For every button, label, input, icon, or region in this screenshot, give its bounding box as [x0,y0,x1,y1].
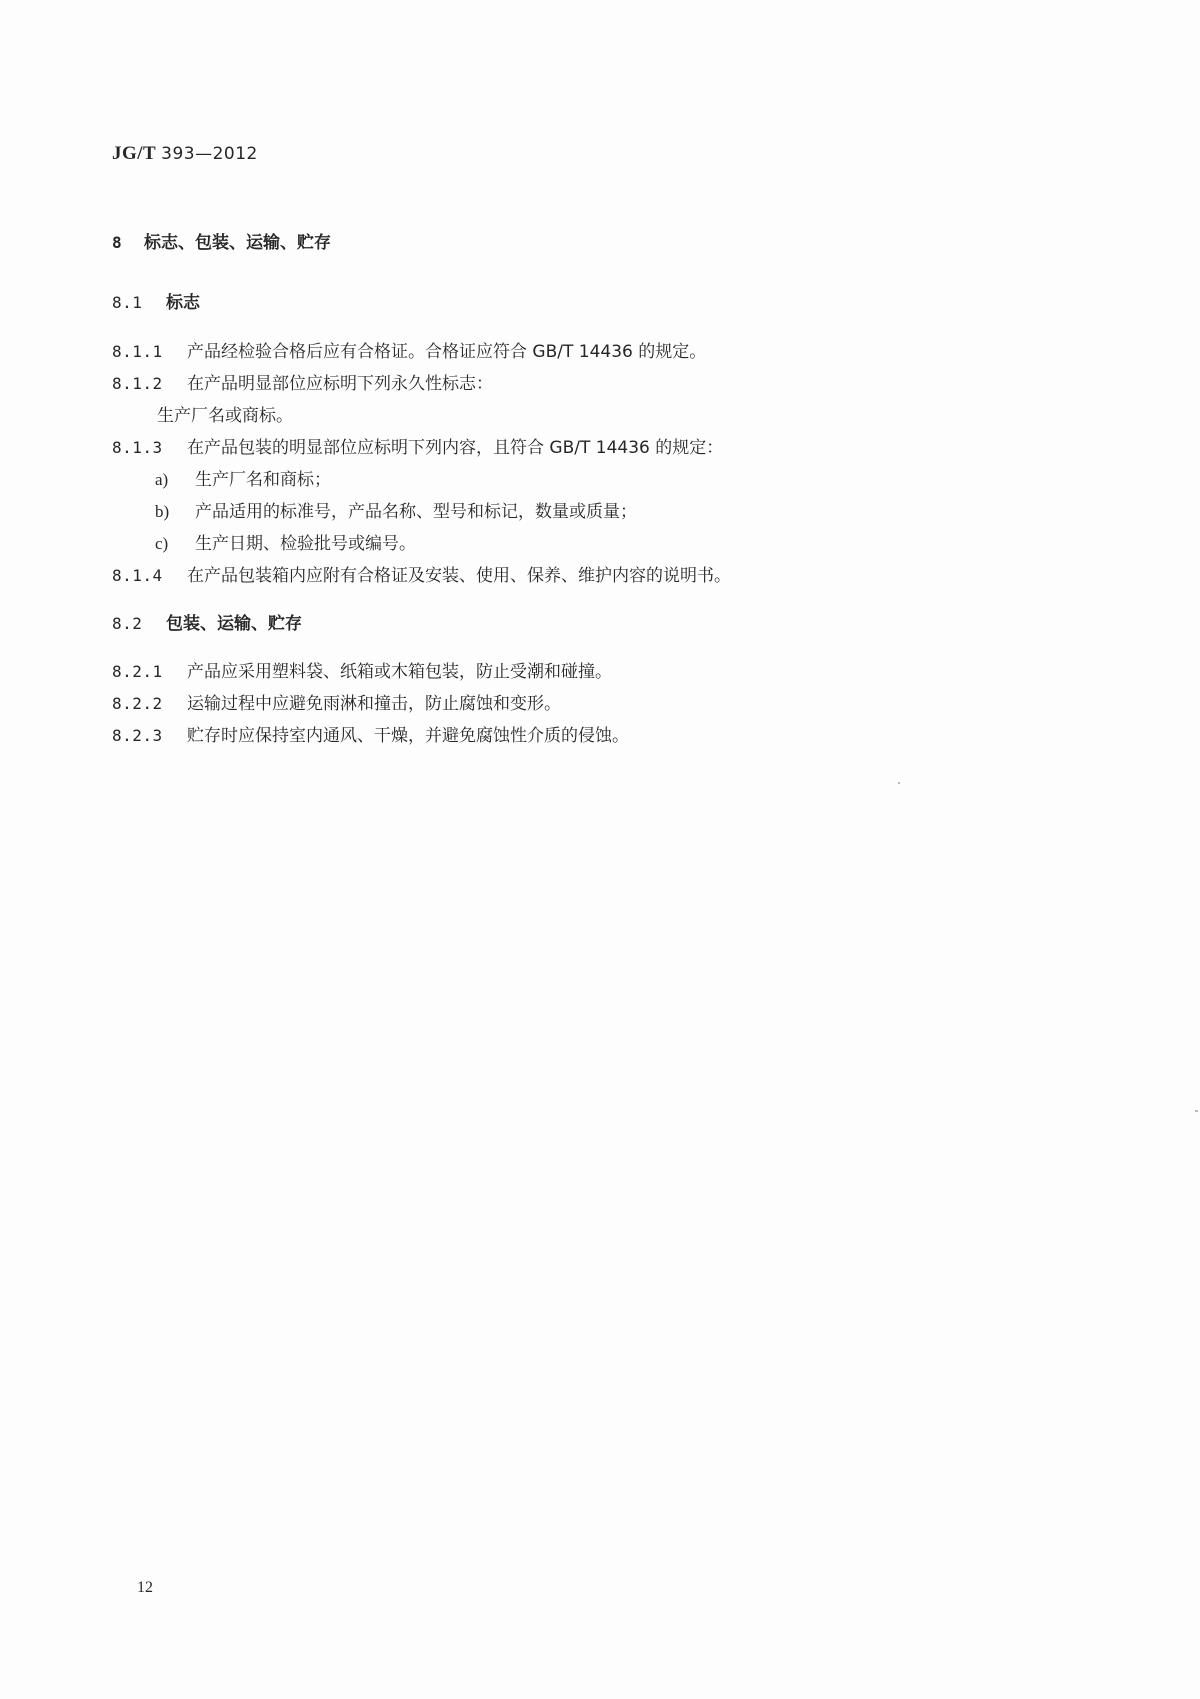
clause-number: 8.1.2 [112,373,187,395]
scan-artifact [898,782,900,784]
standard-number: 393—2012 [161,144,258,164]
list-item-label: a) [155,469,195,491]
subsection-heading: 8.2包装、运输、贮存 [112,613,302,635]
list-item: a)生产厂名和商标； [155,469,331,491]
standard-prefix: JG/T [112,143,156,164]
clause: 8.1.2在产品明显部位应标明下列永久性标志： [112,373,493,395]
subsection-title: 标志 [166,293,200,313]
clause-text: 产品经检验合格后应有合格证。合格证应符合 GB/T 14436 的规定。 [187,342,706,362]
list-item-label: b) [155,501,195,523]
standard-code: JG/T 393—2012 [112,143,258,165]
clause: 8.2.2运输过程中应避免雨淋和撞击，防止腐蚀和变形。 [112,693,561,715]
list-item-text: 生产厂名和商标； [195,470,331,490]
clause-text: 在产品包装箱内应附有合格证及安装、使用、保养、维护内容的说明书。 [187,566,731,586]
clause-continuation: 生产厂名或商标。 [157,405,293,427]
clause: 8.2.1产品应采用塑料袋、纸箱或木箱包装，防止受潮和碰撞。 [112,661,612,683]
clause: 8.2.3贮存时应保持室内通风、干燥，并避免腐蚀性介质的侵蚀。 [112,725,629,747]
clause-text: 产品应采用塑料袋、纸箱或木箱包装，防止受潮和碰撞。 [187,662,612,682]
clause-text: 在产品包装的明显部位应标明下列内容，且符合 GB/T 14436 的规定： [187,438,723,458]
clause-number: 8.2.2 [112,693,187,715]
list-item-label: c) [155,533,195,555]
clause-text: 运输过程中应避免雨淋和撞击，防止腐蚀和变形。 [187,694,561,714]
scan-artifact [1195,1110,1198,1112]
clause-text: 贮存时应保持室内通风、干燥，并避免腐蚀性介质的侵蚀。 [187,726,629,746]
list-item-text: 产品适用的标准号，产品名称、型号和标记，数量或质量； [195,502,637,522]
clause-number: 8.2.3 [112,725,187,747]
clause-text: 在产品明显部位应标明下列永久性标志： [187,374,493,394]
list-item: b)产品适用的标准号，产品名称、型号和标记，数量或质量； [155,501,637,523]
list-item-text: 生产日期、检验批号或编号。 [195,534,416,554]
subsection-number: 8.1 [112,292,166,314]
section-heading: 8标志、包装、运输、贮存 [112,232,331,254]
subsection-heading: 8.1标志 [112,292,200,314]
section-number: 8 [112,232,144,254]
clause: 8.1.3在产品包装的明显部位应标明下列内容，且符合 GB/T 14436 的规… [112,437,723,459]
clause-number: 8.1.4 [112,565,187,587]
clause-number: 8.2.1 [112,661,187,683]
page-number: 12 [137,1579,153,1597]
clause: 8.1.1产品经检验合格后应有合格证。合格证应符合 GB/T 14436 的规定… [112,341,706,363]
section-title: 标志、包装、运输、贮存 [144,233,331,253]
subsection-number: 8.2 [112,613,166,635]
clause: 8.1.4在产品包装箱内应附有合格证及安装、使用、保养、维护内容的说明书。 [112,565,731,587]
clause-number: 8.1.1 [112,341,187,363]
clause-number: 8.1.3 [112,437,187,459]
subsection-title: 包装、运输、贮存 [166,614,302,634]
list-item: c)生产日期、检验批号或编号。 [155,533,416,555]
